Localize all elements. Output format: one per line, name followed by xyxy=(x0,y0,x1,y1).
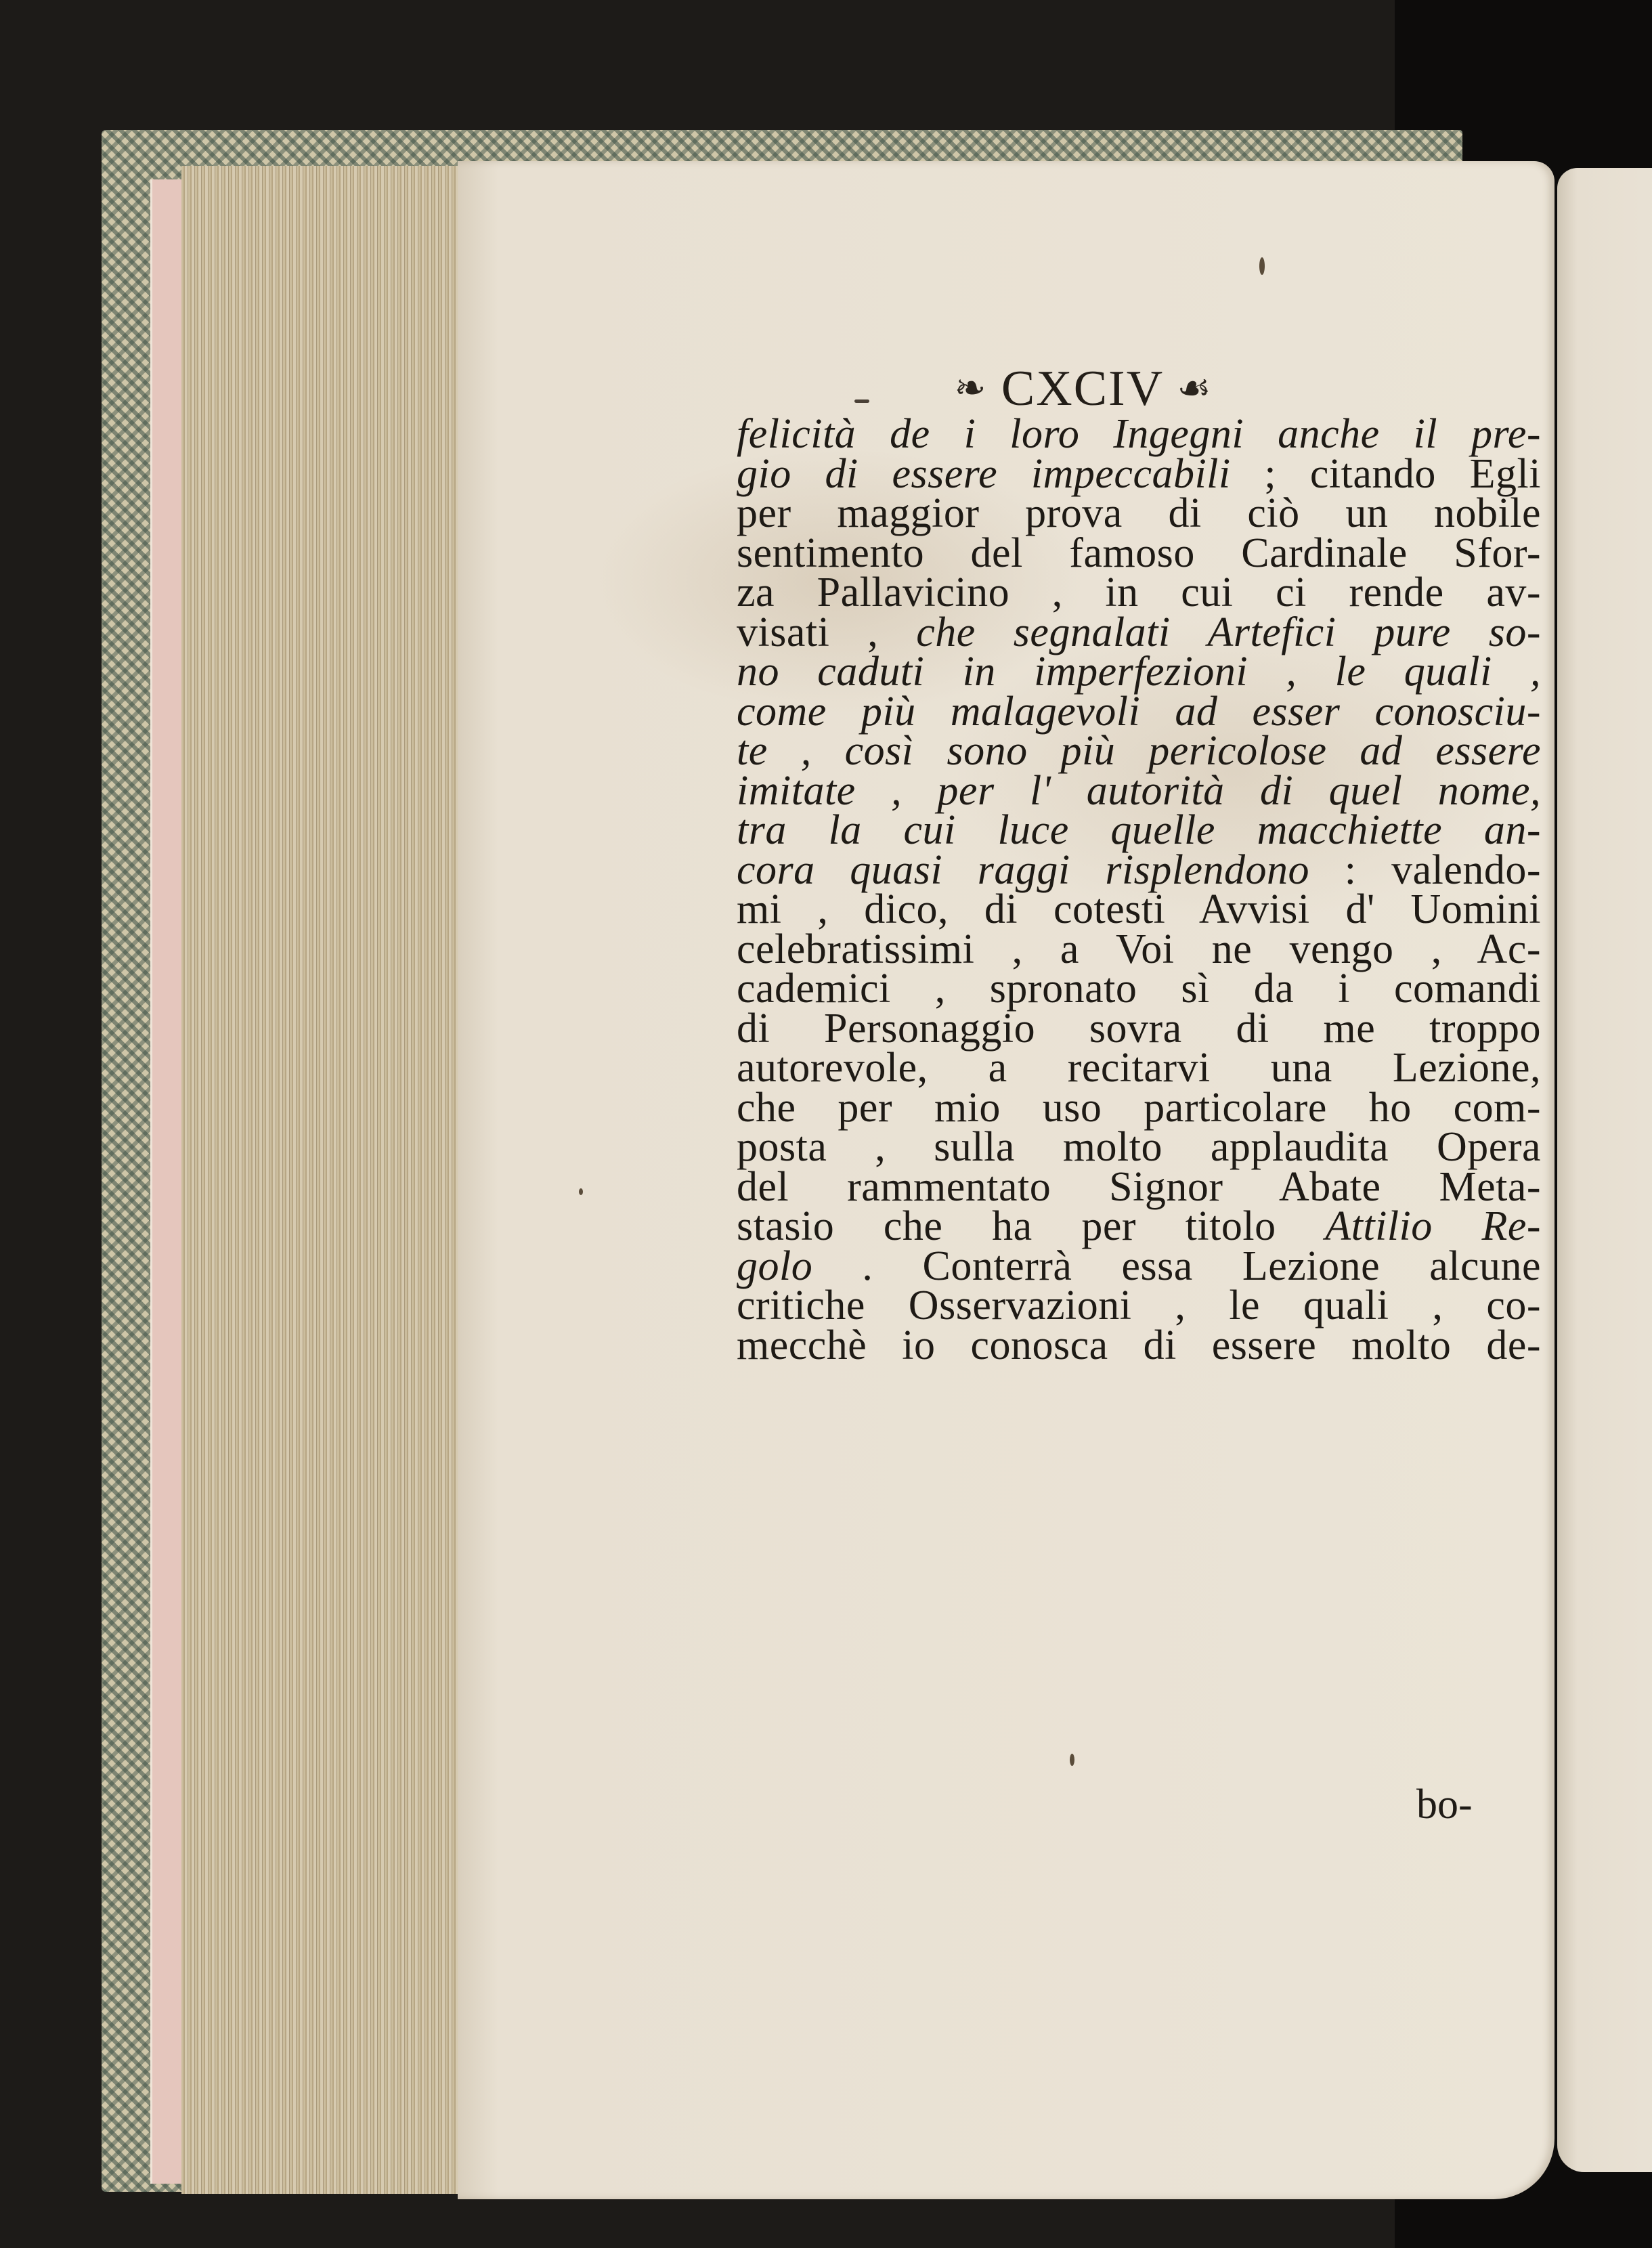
page-number-header: ❧ CXCIV ☙ xyxy=(812,360,1354,414)
fleuron-right-icon: ☙ xyxy=(1177,368,1212,410)
text-line: za Pallavicino , in cui ci rende av- xyxy=(737,573,1541,613)
paper-stain xyxy=(1070,1754,1074,1766)
text-line: cora quasi raggi risplendono : valendo- xyxy=(737,850,1541,890)
text-line: felicità de i loro Ingegni anche il pre- xyxy=(737,414,1541,454)
facing-page xyxy=(1557,168,1652,2172)
text-line: te , così sono più pericolose ad essere xyxy=(737,731,1541,771)
text-line: per maggior prova di ciò un nobile xyxy=(737,494,1541,534)
fleuron-left-icon: ❧ xyxy=(954,368,987,410)
text-line: del rammentato Signor Abate Meta- xyxy=(737,1167,1541,1207)
text-line: posta , sulla molto applaudita Opera xyxy=(737,1127,1541,1167)
text-line: che per mio uso particolare ho com- xyxy=(737,1088,1541,1128)
text-line: mi , dico, di cotesti Avvisi d' Uomini xyxy=(737,890,1541,930)
text-line: no caduti in imperfezioni , le quali , xyxy=(737,652,1541,692)
catchword: bo- xyxy=(1416,1781,1473,1829)
text-line: cademici , spronato sì da i comandi xyxy=(737,969,1541,1009)
paper-stain xyxy=(579,1188,583,1195)
text-line: critiche Osservazioni , le quali , co- xyxy=(737,1286,1541,1326)
text-line: imitate , per l' autorità di quel nome, xyxy=(737,771,1541,811)
roman-segment: mecchè io conosca di essere molto de- xyxy=(737,1322,1541,1368)
text-line: tra la cui luce quelle macchiette an- xyxy=(737,810,1541,850)
text-line: autorevole, a recitarvi una Lezione, xyxy=(737,1048,1541,1088)
text-line: golo . Conterrà essa Lezione alcune xyxy=(737,1247,1541,1287)
text-line: mecchè io conosca di essere molto de- xyxy=(737,1326,1541,1366)
text-line: visati , che segnalati Artefici pure so- xyxy=(737,613,1541,653)
text-line: di Personaggio sovra di me troppo xyxy=(737,1009,1541,1049)
text-line: gio di essere impeccabili ; citando Egli xyxy=(737,454,1541,494)
text-line: sentimento del famoso Cardinale Sfor- xyxy=(737,534,1541,574)
page-number: CXCIV xyxy=(1001,361,1163,416)
pink-endpaper-edge xyxy=(150,179,183,2184)
text-line: come più malagevoli ad esser conosciu- xyxy=(737,692,1541,732)
body-text: felicità de i loro Ingegni anche il pre-… xyxy=(737,414,1541,1365)
page-stack-edge xyxy=(181,166,459,2194)
text-line: stasio che ha per titolo Attilio Re- xyxy=(737,1207,1541,1247)
paper-stain xyxy=(1259,257,1265,275)
text-line: celebratissimi , a Voi ne vengo , Ac- xyxy=(737,930,1541,970)
